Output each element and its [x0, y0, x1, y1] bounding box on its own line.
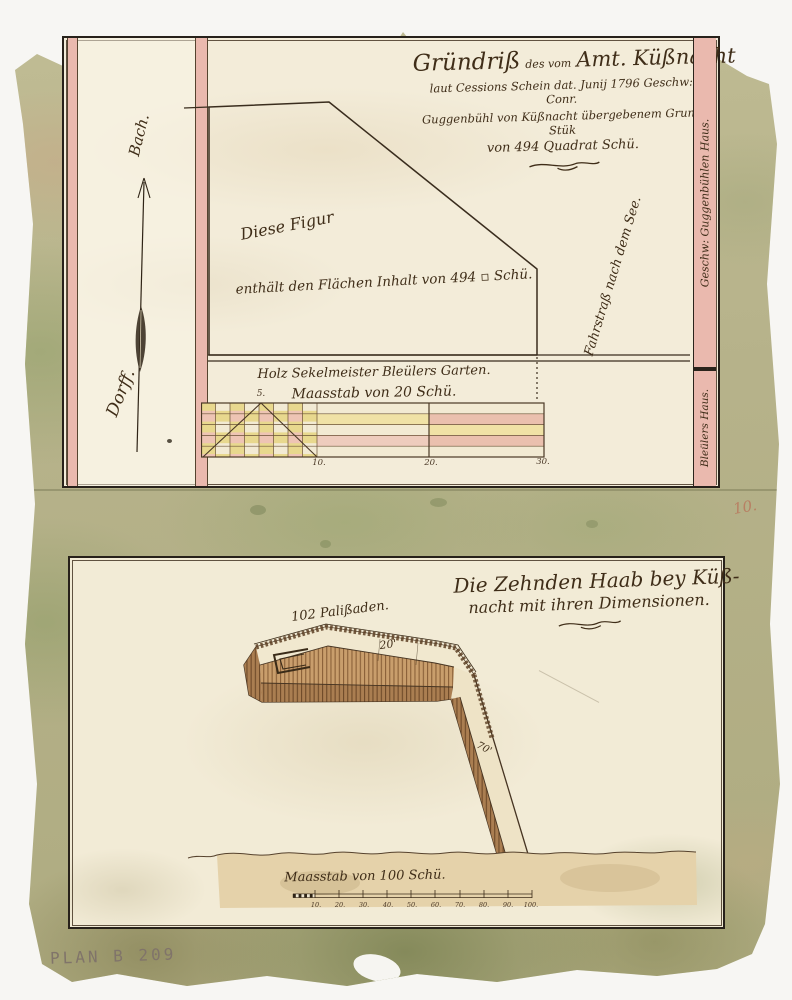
stain-blob: [430, 498, 447, 507]
scale100-tick-20: 20.: [332, 901, 348, 909]
scale20-tick-20: 20.: [421, 458, 441, 468]
house-band-bottom: Bleülers Haus.: [694, 371, 716, 484]
scale100-tick-60: 60.: [428, 901, 444, 909]
stain-blob: [586, 520, 598, 528]
scale100-tick-80: 80.: [476, 901, 492, 909]
stain-blob: [250, 505, 266, 515]
title-flourish: [523, 157, 603, 171]
scale100-tick-40: 40.: [380, 901, 396, 909]
lower-plan-panel: Die Zehnden Haab bey Küß- nacht mit ihre…: [68, 556, 725, 929]
fold-crease: [15, 489, 780, 491]
scale100-tick-90: 90.: [500, 901, 516, 909]
scale100-tick-30: 30.: [356, 901, 372, 909]
scale100-tick-70: 70.: [452, 901, 468, 909]
scale20-tick-10: 10.: [309, 458, 329, 468]
upper-title-word1: Gründriß: [412, 48, 520, 77]
upper-title-word2: des vom: [525, 57, 571, 71]
band-top-label: Geschw: Guggenbühlen Haus.: [699, 118, 712, 287]
scale100-tick-10: 10.: [308, 901, 324, 909]
scale100-tick-50: 50.: [404, 901, 420, 909]
paper-tear: [351, 950, 404, 987]
scale20-bar: [201, 400, 547, 460]
house-band-top: Geschw: Guggenbühlen Haus.: [694, 38, 716, 367]
jetty-structure: [175, 613, 605, 873]
scan-background: Bach. Dorff. Gründriß des vom Amt. Küßna…: [0, 0, 792, 1000]
upper-plan-panel: Bach. Dorff. Gründriß des vom Amt. Küßna…: [62, 36, 720, 488]
house-band: Geschw: Guggenbühlen Haus. Bleülers Haus…: [693, 38, 716, 486]
stain-blob: [320, 540, 331, 548]
scale20-tick-30: 30.: [533, 457, 553, 467]
upper-title-block: Gründriß des vom Amt. Küßnacht laut Cess…: [412, 42, 711, 179]
band-bottom-label: Bleülers Haus.: [699, 388, 711, 466]
scale20-apex-label: 5.: [254, 389, 268, 399]
scale100-tick-100: 100.: [522, 901, 540, 909]
